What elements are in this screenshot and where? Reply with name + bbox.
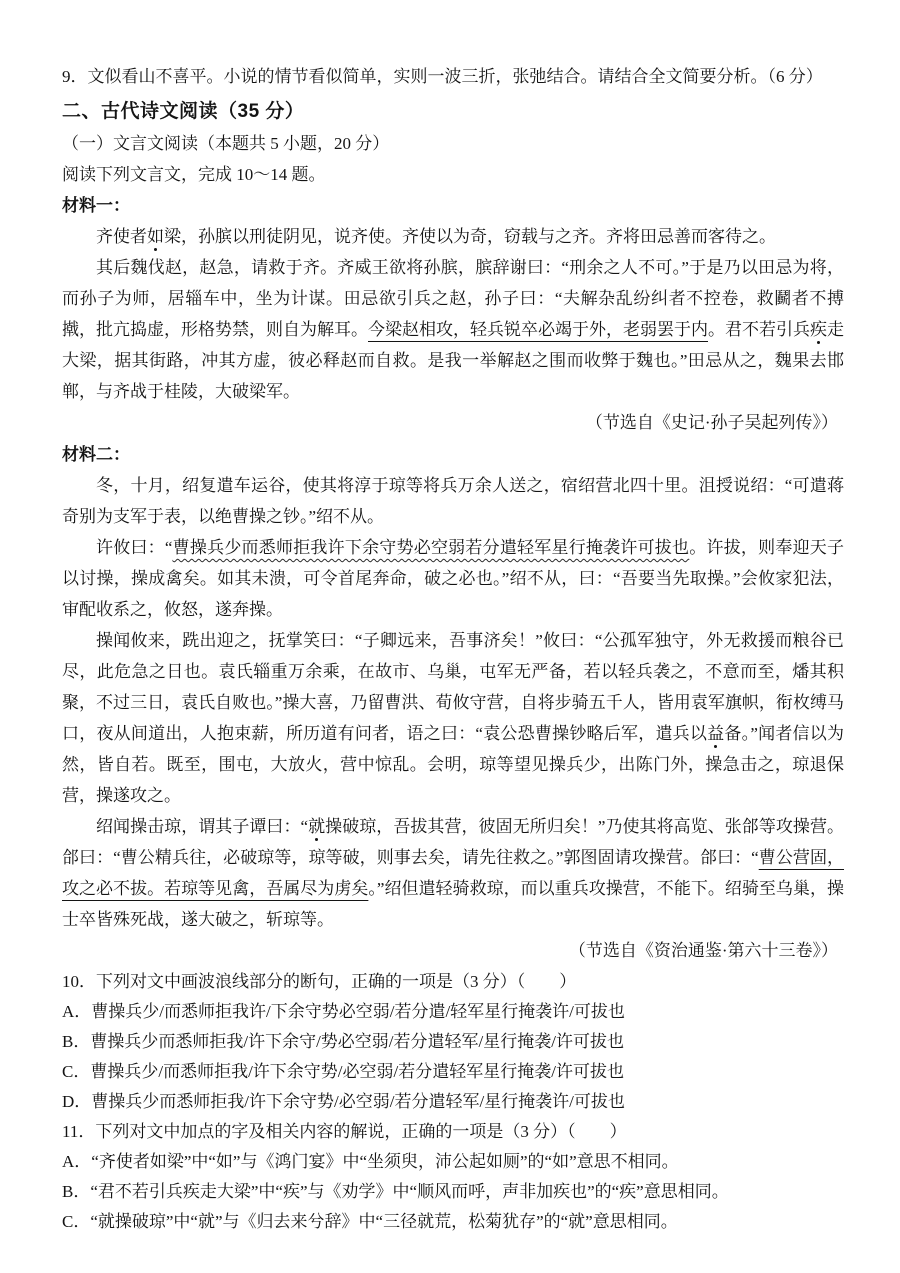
material-2-paragraph-4: 绍闻操击琼，谓其子谭曰：“就操破琼，吾拔其营，彼固无所归矣！”乃使其将高览、张郃… xyxy=(62,811,844,935)
option-text: “就操破琼”中“就”与《归去来兮辞》中“三径就荒，松菊犹存”的“就”意思相同。 xyxy=(90,1212,677,1231)
option-label: D． xyxy=(62,1092,91,1111)
underlined-text: 今梁赵相攻，轻兵锐卒必竭于外，老弱罢于内 xyxy=(368,320,708,339)
material-2-paragraph-1: 冬，十月，绍复遣车运谷，使其将淳于琼等将兵万余人送之，宿绍营北四十里。沮授说绍：… xyxy=(62,470,844,532)
reading-instruction: 阅读下列文言文，完成 10～14 题。 xyxy=(62,159,844,190)
dotted-char-jiu: 就 xyxy=(308,817,325,836)
option-text: “齐使者如梁”中“如”与《鸿门宴》中“坐须臾，沛公起如厕”的“如”意思不相同。 xyxy=(91,1152,678,1171)
passage-text: 许攸曰：“ xyxy=(96,538,172,557)
question-10-option-c: C．曹操兵少/而悉师拒我/许下余守势/必空弱/若分遣轻军星行掩袭/许可拔也 xyxy=(62,1057,844,1087)
dotted-char-ru: 如 xyxy=(147,227,164,246)
material-2-paragraph-3: 操闻攸来，跣出迎之，抚掌笑曰：“子卿远来，吾事济矣！”攸曰：“公孤军独守，外无救… xyxy=(62,625,844,811)
passage-text: 梁，孙膑以刑徒阴见，说齐使。齐使以为奇，窃载与之齐。齐将田忌善而客待之。 xyxy=(164,227,776,246)
option-text: 曹操兵少/而悉师拒我许/下余守势必空弱/若分遣/轻军星行掩袭许/可拔也 xyxy=(91,1002,625,1021)
subsection-1-heading: （一）文言文阅读（本题共 5 小题，20 分） xyxy=(62,128,844,159)
option-label: A． xyxy=(62,1002,91,1021)
material-2-source: （节选自《资治通鉴·第六十三卷》） xyxy=(62,935,844,967)
material-2-paragraph-2: 许攸曰：“曹操兵少而悉师拒我许下余守势必空弱若分遣轻军星行掩袭许可拔也。许拔，则… xyxy=(62,532,844,625)
question-11-option-b: B．“君不若引兵疾走大梁”中“疾”与《劝学》中“顺风而呼，声非加疾也”的“疾”意… xyxy=(62,1177,844,1207)
material-2-label: 材料二： xyxy=(62,439,844,470)
question-9: 9．文似看山不喜平。小说的情节看似简单，实则一波三折，张弛结合。请结合全文简要分… xyxy=(62,62,844,92)
passage-text: 绍闻操击琼，谓其子谭曰：“ xyxy=(96,817,308,836)
dotted-char-yi: 益 xyxy=(707,724,724,743)
material-1-source: （节选自《史记·孙子吴起列传》） xyxy=(62,407,844,439)
option-text: 曹操兵少/而悉师拒我/许下余守势/必空弱/若分遣轻军星行掩袭/许可拔也 xyxy=(90,1062,624,1081)
option-text: 曹操兵少而悉师拒我/许下余守势/必空弱/若分遣轻军/星行掩袭许/可拔也 xyxy=(91,1092,625,1111)
option-label: C． xyxy=(62,1062,90,1081)
exam-page: 9．文似看山不喜平。小说的情节看似简单，实则一波三折，张弛结合。请结合全文简要分… xyxy=(0,0,900,1273)
section-2-heading: 二、古代诗文阅读（35 分） xyxy=(62,95,844,128)
passage-text: 齐使者 xyxy=(96,227,147,246)
passage-text: 。君不若引兵 xyxy=(708,320,810,339)
question-10-option-b: B．曹操兵少而悉师拒我/许下余守/势必空弱/若分遣轻军/星行掩袭/许可拔也 xyxy=(62,1027,844,1057)
question-11-option-c: C．“就操破琼”中“就”与《归去来兮辞》中“三径就荒，松菊犹存”的“就”意思相同… xyxy=(62,1207,844,1237)
passage-text: 冬，十月，绍复遣车运谷，使其将淳于琼等将兵万余人送之，宿绍营北四十里。沮授说绍：… xyxy=(62,476,844,526)
option-label: A． xyxy=(62,1152,91,1171)
question-10-stem: 10．下列对文中画波浪线部分的断句，正确的一项是（3 分）（ ） xyxy=(62,967,844,997)
material-1-paragraph-2: 其后魏伐赵，赵急，请救于齐。齐威王欲将孙膑，膑辞谢曰：“刑余之人不可。”于是乃以… xyxy=(62,252,844,407)
option-label: C． xyxy=(62,1212,90,1231)
question-11-stem: 11．下列对文中加点的字及相关内容的解说，正确的一项是（3 分）（ ） xyxy=(62,1117,844,1147)
option-text: “君不若引兵疾走大梁”中“疾”与《劝学》中“顺风而呼，声非加疾也”的“疾”意思相… xyxy=(90,1182,728,1201)
wavy-underlined-text: 曹操兵少而悉师拒我许下余守势必空弱若分遣轻军星行掩袭许可拔也 xyxy=(172,538,689,557)
option-label: B． xyxy=(62,1032,90,1051)
question-11-option-a: A．“齐使者如梁”中“如”与《鸿门宴》中“坐须臾，沛公起如厕”的“如”意思不相同… xyxy=(62,1147,844,1177)
material-1-paragraph-1: 齐使者如梁，孙膑以刑徒阴见，说齐使。齐使以为奇，窃载与之齐。齐将田忌善而客待之。 xyxy=(62,221,844,252)
dotted-char-ji: 疾 xyxy=(810,320,827,339)
option-label: B． xyxy=(62,1182,90,1201)
material-1-label: 材料一： xyxy=(62,190,844,221)
question-10-option-d: D．曹操兵少而悉师拒我/许下余守势/必空弱/若分遣轻军/星行掩袭许/可拔也 xyxy=(62,1087,844,1117)
option-text: 曹操兵少而悉师拒我/许下余守/势必空弱/若分遣轻军/星行掩袭/许可拔也 xyxy=(90,1032,624,1051)
question-10-option-a: A．曹操兵少/而悉师拒我许/下余守势必空弱/若分遣/轻军星行掩袭许/可拔也 xyxy=(62,997,844,1027)
